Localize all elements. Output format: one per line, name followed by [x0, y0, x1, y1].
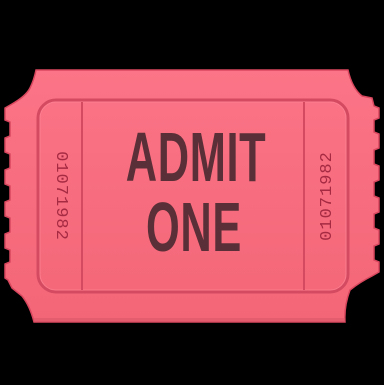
- headline-admit: ADMIT: [126, 122, 262, 192]
- serial-number-left: 01071982: [50, 116, 70, 276]
- serial-number-right: 01071982: [318, 116, 338, 276]
- headline-one: ONE: [126, 192, 262, 262]
